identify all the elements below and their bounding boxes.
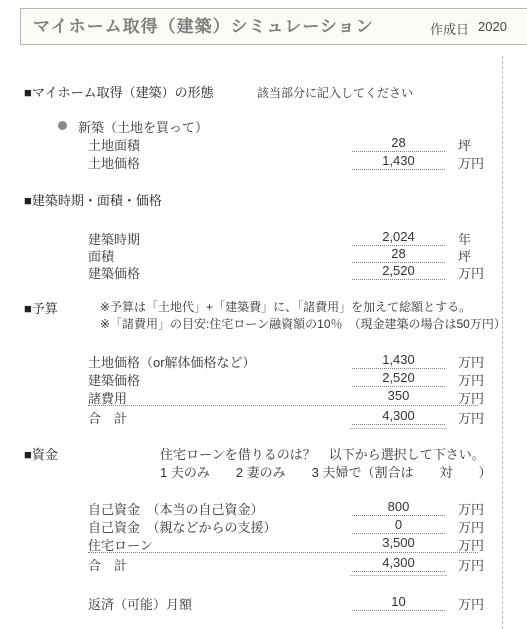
- field-unit: 万円: [458, 370, 484, 389]
- field-unit: 万円: [458, 153, 484, 172]
- field-row-home-loan: 住宅ローン 3,500 万円: [0, 535, 527, 557]
- field-unit: 万円: [458, 555, 484, 574]
- dotted-separator-line: [88, 405, 478, 406]
- loan-borrower-question: 住宅ローンを借りるのは？ 以下から選択して下さい。: [160, 444, 485, 463]
- field-label: 自己資金 （本当の自己資金）: [88, 499, 264, 518]
- field-row-budget-total: 合 計 4,300 万円: [0, 408, 527, 430]
- field-value-cell[interactable]: 4,300: [352, 555, 445, 572]
- fill-in-hint: 該当部分に記入してください: [257, 84, 413, 101]
- field-unit: 万円: [458, 263, 484, 282]
- field-value-cell[interactable]: 1,430: [352, 153, 445, 170]
- field-value-cell[interactable]: 1,430: [352, 352, 445, 369]
- field-value-cell[interactable]: 2,520: [352, 263, 445, 280]
- field-unit: 万円: [458, 352, 484, 371]
- field-label: 建築価格: [88, 263, 140, 282]
- field-label: 自己資金 （親などからの支援）: [88, 517, 277, 536]
- field-label: 土地価格（or解体価格など）: [88, 352, 256, 371]
- field-value-cell[interactable]: 3,500: [352, 535, 445, 552]
- field-unit: 万円: [458, 517, 484, 536]
- creation-date-value[interactable]: 2020: [478, 19, 507, 34]
- total-double-underline: [350, 428, 447, 429]
- budget-note-2: ※「諸費用」の目安:住宅ローン融資額の10％ （現金建築の場合は50万円）: [100, 315, 506, 332]
- field-unit: 坪: [458, 135, 471, 154]
- creation-date-label: 作成日: [430, 19, 469, 38]
- field-value-cell[interactable]: 0: [352, 517, 445, 534]
- section-heading-jiki: ■建築時期・面積・価格: [24, 190, 162, 209]
- section-heading-keitai: ■マイホーム取得（建築）の形態: [24, 82, 214, 101]
- field-label: 土地価格: [88, 153, 140, 172]
- field-row-funds-total: 合 計 4,300 万円: [0, 555, 527, 577]
- field-value-cell[interactable]: 2,520: [352, 370, 445, 387]
- filled-circle-icon: [58, 121, 67, 130]
- field-unit: 万円: [458, 499, 484, 518]
- field-label: 合 計: [88, 555, 127, 574]
- dotted-separator-line: [88, 552, 478, 553]
- budget-note-1: ※予算は「土地代」+「建築費」に、「諸費用」を加えて総額とする。: [100, 298, 471, 315]
- field-label: 土地面積: [88, 135, 140, 154]
- field-label: 建築価格: [88, 370, 140, 389]
- field-unit: 万円: [458, 408, 484, 427]
- field-row-monthly-repayment: 返済（可能）月額 10 万円: [0, 594, 527, 616]
- field-label: 返済（可能）月額: [88, 594, 192, 613]
- field-value-cell[interactable]: 4,300: [352, 408, 445, 425]
- option-shinchiku-label: 新築（土地を買って）: [78, 117, 208, 136]
- section-heading-shikin: ■資金: [24, 444, 58, 463]
- field-unit: 万円: [458, 594, 484, 613]
- field-value-cell[interactable]: 800: [352, 499, 445, 516]
- field-value-cell[interactable]: 10: [352, 594, 445, 611]
- field-value-cell[interactable]: 28: [352, 246, 445, 263]
- loan-borrower-options: 1 夫のみ 2 妻のみ 3 夫婦で（割合は 対 ）: [160, 462, 492, 481]
- field-row-budget-fees: 諸費用 350 万円: [0, 388, 527, 410]
- field-label: 合 計: [88, 408, 127, 427]
- field-value-cell[interactable]: 28: [352, 135, 445, 152]
- field-value-cell[interactable]: 2,024: [352, 229, 445, 246]
- field-row-land-price: 土地価格 1,430 万円: [0, 153, 527, 175]
- section-heading-yosan: ■予算: [24, 298, 58, 317]
- field-row-build-price: 建築価格 2,520 万円: [0, 263, 527, 285]
- field-value-cell[interactable]: 350: [352, 388, 445, 405]
- home-purchase-simulation-sheet: マイホーム取得（建築）シミュレーション 作成日 2020 ■マイホーム取得（建築…: [0, 0, 527, 629]
- total-double-underline: [350, 575, 447, 576]
- page-title: マイホーム取得（建築）シミュレーション: [33, 9, 374, 44]
